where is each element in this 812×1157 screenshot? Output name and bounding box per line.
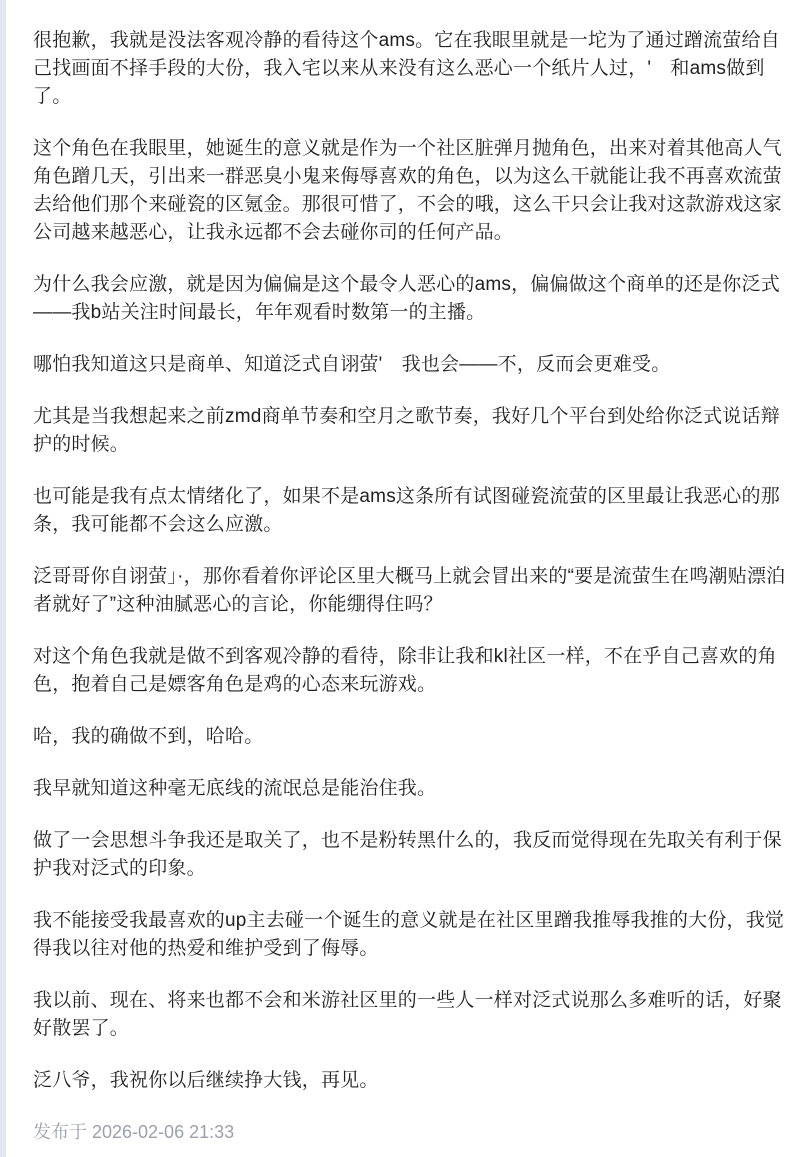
publish-time: 发布于 2026-02-06 21:33 (33, 1119, 792, 1145)
post-paragraph: 我不能接受我最喜欢的up主去碰一个诞生的意义就是在社区里蹭我推辱我推的大份，我觉… (33, 907, 792, 963)
post-paragraph: 很抱歉，我就是没法客观冷静的看待这个ams。它在我眼里就是一坨为了通过蹭流萤给自… (33, 27, 792, 111)
post-paragraph: 泛哥哥你自诩萤」·，那你看着你评论区里大概马上就会冒出来的“要是流萤生在鸣潮贴漂… (33, 563, 792, 619)
post-body: 很抱歉，我就是没法客观冷静的看待这个ams。它在我眼里就是一坨为了通过蹭流萤给自… (33, 27, 792, 1095)
post-paragraph: 我早就知道这种毫无底线的流氓总是能治住我。 (33, 775, 792, 803)
post-paragraph: 哪怕我知道这只是商单、知道泛式自诩萤' 我也会——不，反而会更难受。 (33, 351, 792, 379)
post-page: 很抱歉，我就是没法客观冷静的看待这个ams。它在我眼里就是一坨为了通过蹭流萤给自… (0, 0, 812, 1157)
post-article: 很抱歉，我就是没法客观冷静的看待这个ams。它在我眼里就是一坨为了通过蹭流萤给自… (0, 0, 812, 1157)
post-paragraph: 尤其是当我想起来之前zmd商单节奏和空月之歌节奏，我好几个平台到处给你泛式说话辩… (33, 403, 792, 459)
post-paragraph: 我以前、现在、将来也都不会和米游社区里的一些人一样对泛式说那么多难听的话，好聚好… (33, 987, 792, 1043)
post-paragraph: 为什么我会应激，就是因为偏偏是这个最令人恶心的ams，偏偏做这个商单的还是你泛式… (33, 271, 792, 327)
page-edge-strip (0, 0, 6, 1157)
post-paragraph: 泛八爷，我祝你以后继续挣大钱，再见。 (33, 1067, 792, 1095)
post-paragraph: 对这个角色我就是做不到客观冷静的看待，除非让我和kl社区一样，不在乎自己喜欢的角… (33, 643, 792, 699)
post-paragraph: 也可能是我有点太情绪化了，如果不是ams这条所有试图碰瓷流萤的区里最让我恶心的那… (33, 483, 792, 539)
post-paragraph: 哈，我的确做不到，哈哈。 (33, 723, 792, 751)
post-paragraph: 这个角色在我眼里，她诞生的意义就是作为一个社区脏弹月抛角色，出来对着其他高人气角… (33, 135, 792, 247)
post-paragraph: 做了一会思想斗争我还是取关了，也不是粉转黑什么的，我反而觉得现在先取关有利于保护… (33, 827, 792, 883)
